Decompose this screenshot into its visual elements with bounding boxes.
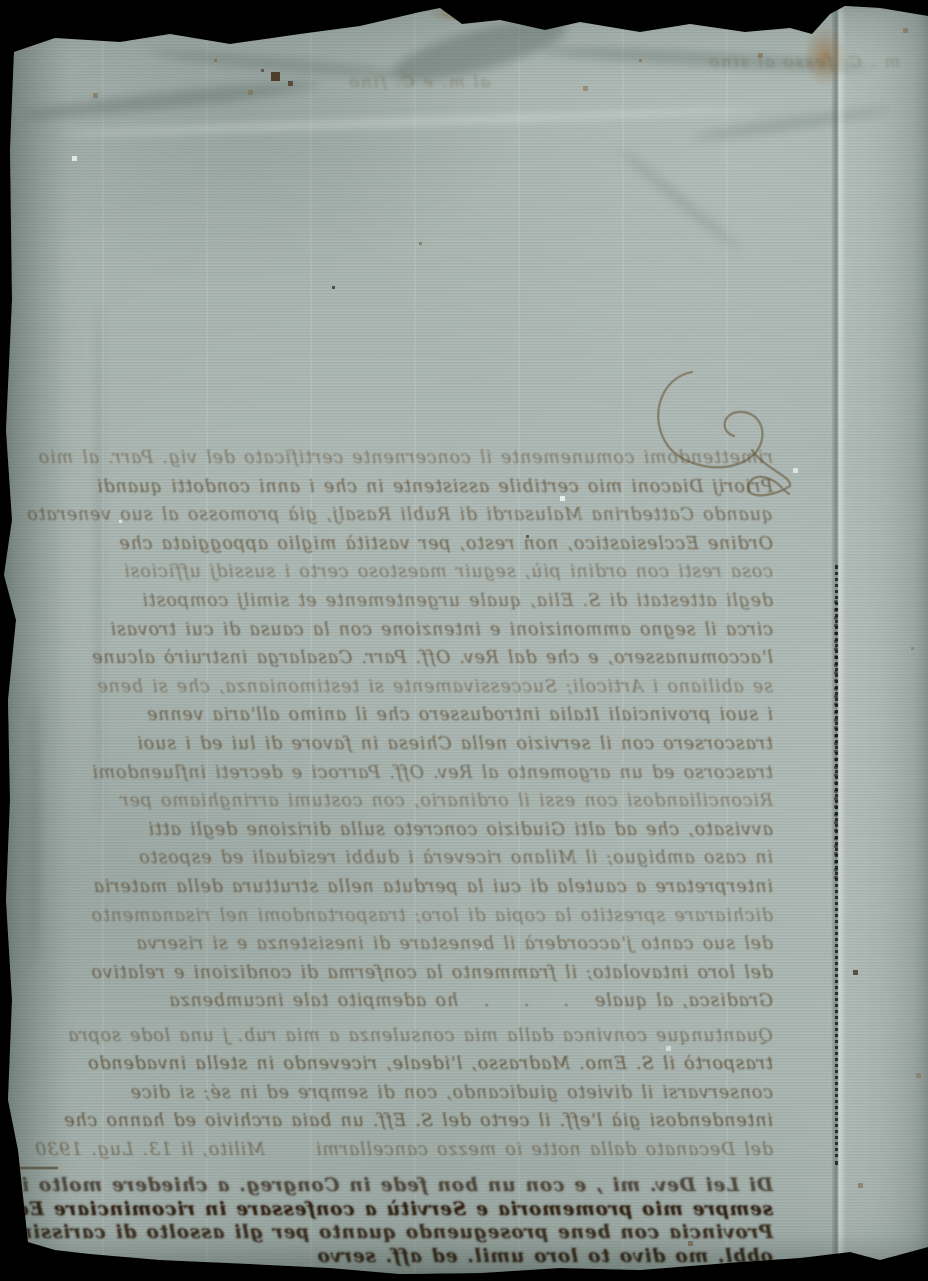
bleedthrough-line: conservarsi il divieto giudicando, con d… <box>25 1079 773 1107</box>
bleedthrough-line: trascorso ed un argomento al Rev. Off. P… <box>25 759 773 788</box>
bleedthrough-line: del suo canto j'accorderà il benestare d… <box>25 930 773 959</box>
bleedthrough-top-remnant: m . C fesso al sino <box>440 52 900 71</box>
bleedthrough-line: rimettendomi comunemente il concernente … <box>25 444 773 473</box>
bleedthrough-line: Riconciliandosi con essi il ordinario, c… <box>25 787 773 816</box>
bleedthrough-top-remnant: al m. e C. fino <box>150 72 490 91</box>
crease-shadow <box>616 145 745 256</box>
date-underline <box>10 1167 58 1169</box>
bleedthrough-line: Gradisca, al quale . . . ho adempito tal… <box>25 987 773 1016</box>
bleedthrough-line: trasportò il S. Emo. Madrasso, l'ideale,… <box>25 1050 773 1078</box>
fold-crease <box>830 6 846 1268</box>
bleedthrough-line: i suoi provinciali Italia introdussero c… <box>25 701 773 730</box>
bleedthrough-line: Di Lei Dev. mi , e con un bon fede in Co… <box>25 1174 773 1198</box>
bleedthrough-line: Provincia con bene proseguendo quanto pe… <box>25 1221 773 1245</box>
bleedthrough-line: degli attestati di S. Elia, quale urgent… <box>25 587 773 616</box>
bleedthrough-main-block: rimettendomi comunemente il concernente … <box>25 444 773 1016</box>
fold-ink-dots <box>834 600 838 880</box>
bleedthrough-line: trascorsero con il servizio nella Chiesa… <box>25 730 773 759</box>
bleedthrough-line: quando Cattedrina Malusardi di Rubli Ras… <box>25 501 773 530</box>
bleedthrough-line: sempre mio promemoria e Servitù a confes… <box>25 1198 773 1222</box>
scan-canvas: m . C fesso al sino al m. e C. fino rime… <box>0 0 928 1281</box>
bleedthrough-line: intendendosi già l'eff. il certo del S. … <box>25 1107 773 1135</box>
bleedthrough-line: avvisato, che ad alti Giudizio concreto … <box>25 816 773 845</box>
bleedthrough-signature-block: Di Lei Dev. mi , e con un bon fede in Co… <box>25 1174 773 1268</box>
bleedthrough-line: Priorij Diaconi mio certibile assistente… <box>25 473 773 502</box>
bleedthrough-line: in caso ambiguo; il Milano riceverà i du… <box>25 844 773 873</box>
bleedthrough-line: Ordine Ecclesiastico, non resto, per vas… <box>25 530 773 559</box>
bleedthrough-line: dichiarare sprestito la copia di loro; t… <box>25 902 773 931</box>
bleedthrough-closing-block: Quantunque convinca dalla mia consulenza… <box>25 1022 773 1164</box>
bleedthrough-line: cosa resti con ordini più, seguir maesto… <box>25 558 773 587</box>
bleedthrough-line: Quantunque convinca dalla mia consulenza… <box>25 1022 773 1050</box>
bleedthrough-line: se abiliano i Articoli; Successivamente … <box>25 673 773 702</box>
fold-right-strip <box>841 0 928 1281</box>
crumple-highlight <box>60 106 760 138</box>
ink-specks <box>0 0 1 1</box>
bleedthrough-line: del Decanato dalla notte io mezzo cancel… <box>25 1136 773 1164</box>
bleedthrough-line: del loro intavolato; il frammento la con… <box>25 959 773 988</box>
bleedthrough-line: circa il segno ammonizioni e intenzione … <box>25 616 773 645</box>
rust-stain <box>420 4 490 24</box>
bleedthrough-line: obbl. mo divo to loro umil. ed aff. serv… <box>25 1245 773 1269</box>
paper-flecks <box>0 0 1 1</box>
paper-sheet: m . C fesso al sino al m. e C. fino rime… <box>0 0 928 1281</box>
bleedthrough-line: l'accomunassero, e che dal Rev. Off. Par… <box>25 644 773 673</box>
bleedthrough-line: interpretare a cautela di cui la perduta… <box>25 873 773 902</box>
